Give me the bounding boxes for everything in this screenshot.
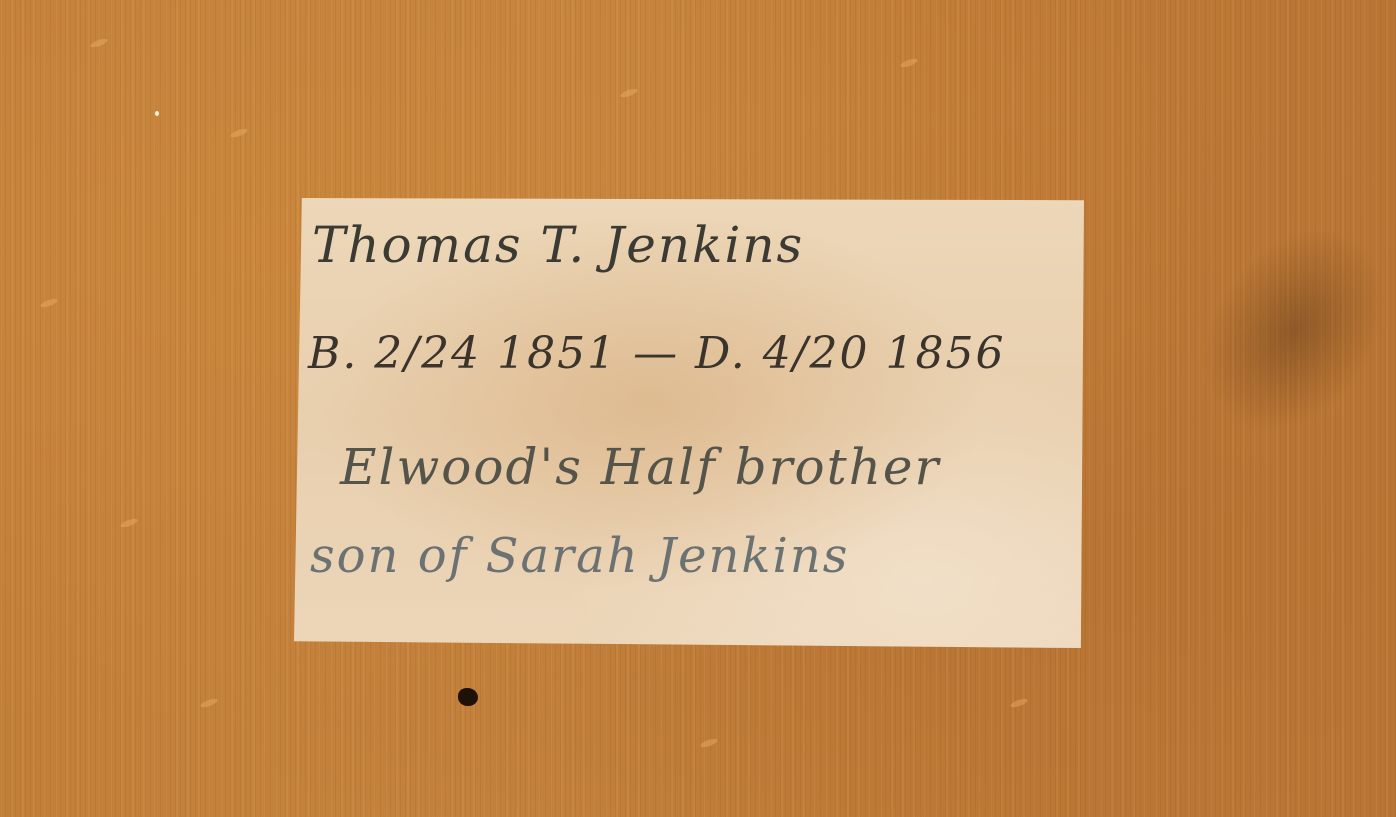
label-relation-line: Elwood's Half brother	[340, 438, 940, 496]
paper-label: Thomas T. Jenkins B. 2/24 1851 — D. 4/20…	[294, 198, 1084, 648]
wood-grain-fleck	[90, 37, 109, 49]
dark-stain-mark	[1166, 194, 1396, 466]
wood-grain-fleck	[120, 517, 139, 529]
wood-grain-fleck	[40, 297, 59, 309]
ink-spot	[458, 688, 478, 706]
wood-grain-fleck	[900, 57, 919, 69]
label-dates-line: B. 2/24 1851 — D. 4/20 1856	[308, 328, 1006, 379]
label-name-line: Thomas T. Jenkins	[312, 216, 804, 274]
wood-grain-fleck	[1010, 697, 1029, 709]
wood-speck	[155, 111, 159, 116]
wood-grain-fleck	[700, 737, 719, 749]
label-parent-line: son of Sarah Jenkins	[310, 528, 849, 584]
wood-grain-fleck	[230, 127, 249, 139]
wood-grain-fleck	[200, 697, 219, 709]
wood-grain-fleck	[620, 87, 639, 99]
